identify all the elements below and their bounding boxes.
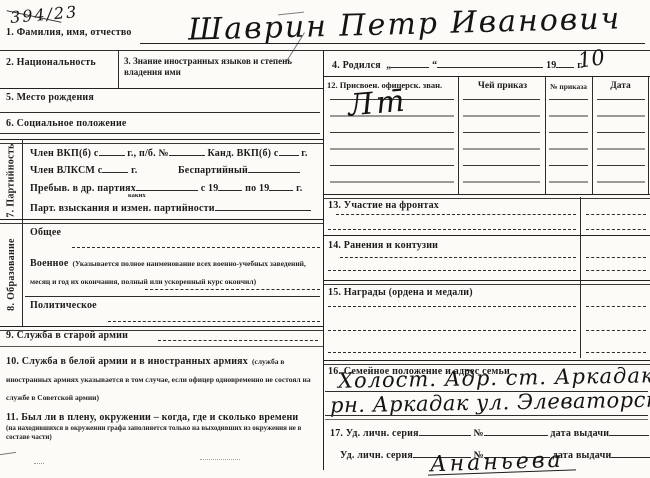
label-from-19: с 19 bbox=[201, 183, 219, 194]
ruled-lines-col4 bbox=[597, 99, 645, 189]
writing-line bbox=[586, 229, 646, 230]
field1-label: 1. Фамилия, имя, отчество bbox=[6, 27, 132, 39]
field6-label: 6. Социальное положение bbox=[6, 118, 127, 130]
sub-col-divider bbox=[580, 197, 581, 358]
field7-line4: Парт. взыскания и измен. партийности bbox=[30, 201, 311, 215]
rule-line bbox=[0, 88, 323, 89]
label-vkpb: Член ВКП(б) с bbox=[30, 148, 99, 159]
blank-line bbox=[611, 448, 650, 458]
side-label-divider bbox=[22, 221, 23, 327]
field7-line1: Член ВКП(б) с г., п/б. № Канд. ВКП(б) с … bbox=[30, 146, 308, 160]
writing-line bbox=[328, 352, 576, 353]
field4-century: 19 bbox=[546, 60, 556, 71]
rule-line bbox=[0, 346, 323, 347]
field7-line2b: Беспартийный bbox=[178, 163, 300, 177]
field12-rank-value: Лт̄ bbox=[347, 83, 409, 123]
writing-line bbox=[145, 289, 320, 290]
blank-line bbox=[279, 146, 299, 156]
field8-military: Военное (Указывается полное наименование… bbox=[30, 253, 320, 289]
field17-row1: 17. Уд. личн. серия № дата выдачи bbox=[330, 426, 649, 440]
table-right-border bbox=[648, 76, 649, 195]
ruled-lines-col3 bbox=[549, 99, 588, 189]
writing-line bbox=[336, 214, 576, 215]
field17-date-label: дата выдачи bbox=[550, 428, 609, 439]
blank-line bbox=[269, 181, 293, 191]
writing-line bbox=[586, 352, 646, 353]
writing-line bbox=[108, 321, 320, 322]
side-label-divider bbox=[22, 139, 23, 221]
writing-line bbox=[328, 270, 576, 271]
blank-line bbox=[437, 58, 543, 68]
field2-label: 2. Национальность bbox=[6, 57, 96, 69]
blank-line bbox=[102, 163, 128, 173]
table-header-order: Чей приказ bbox=[461, 81, 544, 92]
label-kand: Канд. ВКП(б) с bbox=[207, 148, 278, 159]
writing-line bbox=[586, 214, 646, 215]
label-year: г. bbox=[296, 183, 302, 194]
scan-speck bbox=[0, 452, 16, 455]
field5-label: 5. Место рождения bbox=[6, 92, 94, 104]
label-to-19: по 19 bbox=[245, 183, 269, 194]
table-col-divider bbox=[458, 76, 459, 195]
writing-line bbox=[325, 419, 648, 420]
blank-line bbox=[419, 426, 471, 436]
rule-line bbox=[0, 50, 650, 51]
field10-block: 10. Служба в белой армии и в иностранных… bbox=[6, 351, 318, 405]
writing-line bbox=[328, 229, 576, 230]
field7-line3-note: каких bbox=[128, 192, 146, 199]
blank-line bbox=[136, 181, 198, 191]
field8-military-note: (Указывается полное наименование всех во… bbox=[30, 259, 306, 286]
writing-line bbox=[586, 270, 646, 271]
blank-line bbox=[484, 426, 548, 436]
writing-line bbox=[586, 330, 646, 331]
field7-line3: Пребыв. в др. партиях с 19 по 19 г. bbox=[30, 181, 302, 195]
writing-line bbox=[25, 296, 320, 297]
corner-registry-number: 394/23 bbox=[9, 2, 79, 27]
blank-line bbox=[215, 201, 311, 211]
writing-line bbox=[328, 330, 576, 331]
table-header-order-no: № приказа bbox=[546, 82, 591, 91]
label-year: г. bbox=[131, 165, 137, 176]
field17-no-label: № bbox=[473, 428, 483, 439]
table-col-divider bbox=[592, 76, 593, 195]
field13-label: 13. Участие на фронтах bbox=[328, 200, 439, 212]
scan-speck bbox=[34, 463, 44, 464]
field1-name-value: Шаврин Петр Иванович bbox=[188, 1, 622, 47]
section-border bbox=[323, 235, 650, 236]
field8-political-label: Политическое bbox=[30, 300, 97, 312]
field11-block: 11. Был ли в плену, окружении – когда, г… bbox=[6, 412, 318, 442]
section-border bbox=[0, 219, 323, 224]
label-year: г. bbox=[301, 148, 307, 159]
table-header-date: Дата bbox=[594, 81, 647, 92]
writing-line bbox=[72, 247, 320, 248]
writing-line bbox=[586, 257, 646, 258]
blank-line bbox=[391, 58, 429, 68]
field17-series-label: Уд. личн. серия bbox=[340, 450, 413, 461]
field10-title: 10. Служба в белой армии и в иностранных… bbox=[6, 356, 248, 367]
label-other-parties: Пребыв. в др. партиях bbox=[30, 183, 136, 194]
ruled-lines-col2 bbox=[463, 99, 540, 189]
blank-line bbox=[609, 426, 649, 436]
label-vlksm: Член ВЛКСМ с bbox=[30, 165, 102, 176]
label-pb-no: г., п/б. № bbox=[127, 148, 169, 159]
blank-line bbox=[169, 146, 205, 156]
field8-military-label: Военное bbox=[30, 258, 68, 269]
field11-note: (на находившихся в окружении графа запол… bbox=[6, 424, 318, 442]
table-col-divider bbox=[545, 76, 546, 195]
field11-title: 11. Был ли в плену, окружении – когда, г… bbox=[6, 412, 318, 424]
writing-line bbox=[325, 415, 648, 416]
label-party-penalties: Парт. взыскания и измен. партийности bbox=[30, 203, 215, 214]
field17-series-label: 17. Уд. личн. серия bbox=[330, 428, 419, 439]
field14-label: 14. Ранения и контузии bbox=[328, 240, 438, 252]
field4-label: 4. Родился bbox=[332, 60, 381, 71]
registration-card: 394/23 1. Фамилия, имя, отчество Шаврин … bbox=[0, 0, 650, 478]
cell-divider bbox=[118, 50, 119, 88]
label-bespartiyny: Беспартийный bbox=[178, 165, 248, 176]
field3-label: 3. Знание иностранных языков и степень в… bbox=[124, 56, 320, 78]
blank-line bbox=[218, 181, 242, 191]
field8-general-label: Общее bbox=[30, 227, 61, 239]
table-bottom-border bbox=[323, 194, 650, 199]
field4-row: 4. Родился „ “ 19 г. bbox=[332, 58, 584, 72]
field7-line2: Член ВЛКСМ с г. bbox=[30, 163, 137, 177]
field8-side-label: 8. Образование bbox=[0, 221, 22, 327]
blank-line bbox=[99, 146, 125, 156]
writing-line bbox=[158, 340, 318, 341]
field8-side-label-text: 8. Образование bbox=[6, 238, 17, 311]
writing-line bbox=[586, 306, 646, 307]
field4-year-value: 10 bbox=[576, 45, 606, 72]
field7-side-label-text: 7. Партийность bbox=[6, 143, 17, 217]
section-border bbox=[323, 280, 650, 285]
field15-label: 15. Награды (ордена и медали) bbox=[328, 287, 473, 299]
blank-line bbox=[556, 58, 574, 68]
scan-speck bbox=[200, 459, 240, 460]
writing-line bbox=[0, 112, 320, 113]
blank-line bbox=[248, 163, 300, 173]
field9-label: 9. Служба в старой армии bbox=[6, 330, 128, 342]
table-top-border bbox=[323, 76, 650, 77]
column-divider bbox=[323, 50, 324, 470]
writing-line bbox=[328, 306, 576, 307]
writing-line bbox=[0, 133, 320, 134]
writing-line bbox=[340, 257, 576, 258]
field7-side-label: 7. Партийность bbox=[0, 139, 22, 221]
section-border bbox=[0, 139, 323, 144]
rule-line bbox=[140, 43, 645, 44]
